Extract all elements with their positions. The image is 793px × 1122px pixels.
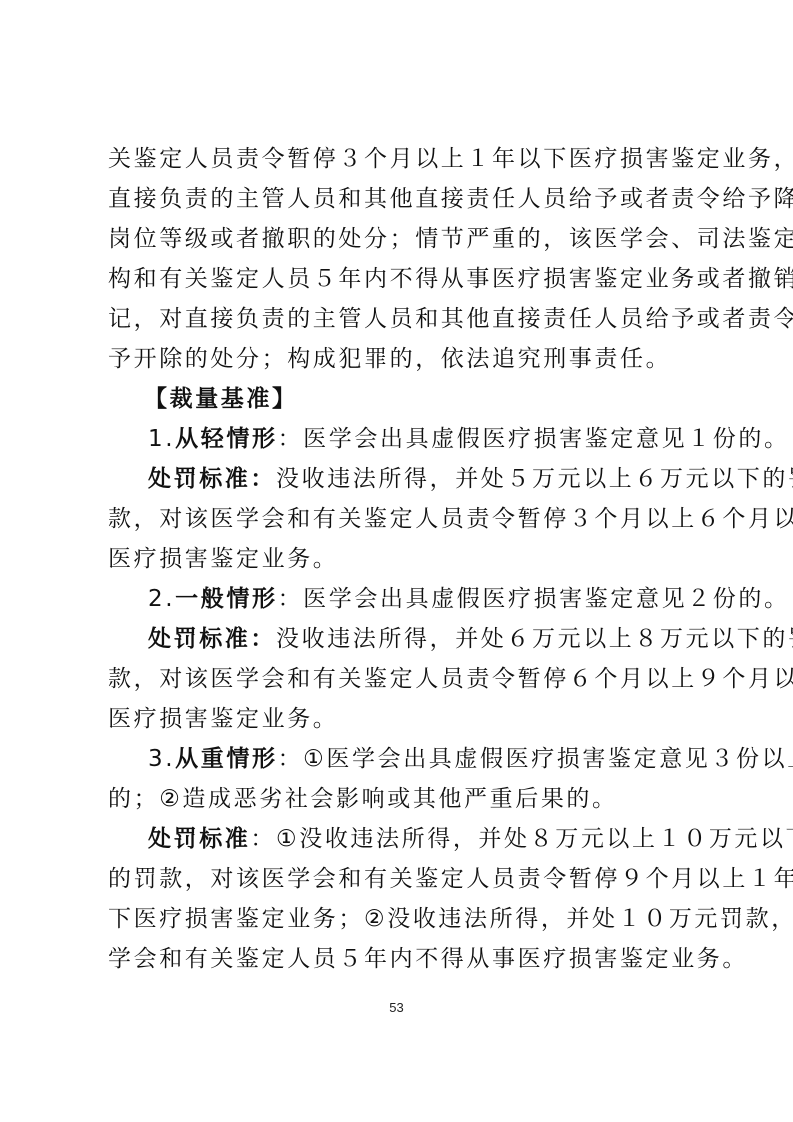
item-3-penalty: 处罚标准：①没收违法所得，并处８万元以上１０万元以下 — [148, 819, 738, 859]
item-2-penalty: 处罚标准：没收违法所得，并处６万元以上８万元以下的罚 — [148, 619, 738, 659]
body-line: 记，对直接负责的主管人员和其他直接责任人员给予或者责令给 — [108, 299, 698, 339]
body-line: 的；②造成恶劣社会影响或其他严重后果的。 — [108, 779, 698, 819]
item-desc: ①医学会出具虚假医疗损害鉴定意见３份以上 — [303, 746, 793, 772]
colon: ： — [278, 746, 304, 772]
body-line: 直接负责的主管人员和其他直接责任人员给予或者责令给予降低 — [108, 179, 698, 219]
body-line: 款，对该医学会和有关鉴定人员责令暂停６个月以上９个月以下 — [108, 659, 698, 699]
body-line: 岗位等级或者撤职的处分；情节严重的，该医学会、司法鉴定机 — [108, 219, 698, 259]
item-label: 从重情形 — [175, 746, 277, 772]
body-line: 医疗损害鉴定业务。 — [108, 699, 698, 739]
colon: ： — [278, 586, 304, 612]
item-number: 3. — [148, 746, 175, 772]
page-number: 53 — [0, 1000, 793, 1015]
item-2-condition: 2.一般情形：医学会出具虚假医疗损害鉴定意见２份的。 — [148, 579, 738, 619]
penalty-label: 处罚标准： — [148, 626, 276, 652]
item-1-condition: 1.从轻情形：医学会出具虚假医疗损害鉴定意见１份的。 — [148, 419, 738, 459]
item-1-penalty: 处罚标准：没收违法所得，并处５万元以上６万元以下的罚 — [148, 459, 738, 499]
colon: ： — [250, 826, 276, 852]
body-line: 的罚款，对该医学会和有关鉴定人员责令暂停９个月以上１年以 — [108, 859, 698, 899]
body-line: 关鉴定人员责令暂停３个月以上１年以下医疗损害鉴定业务，对 — [108, 139, 698, 179]
penalty-label: 处罚标准 — [148, 826, 250, 852]
section-heading: 【裁量基准】 — [144, 379, 734, 419]
body-line: 予开除的处分；构成犯罪的，依法追究刑事责任。 — [108, 339, 698, 379]
item-desc: 医学会出具虚假医疗损害鉴定意见２份的。 — [303, 586, 789, 612]
document-page: 关鉴定人员责令暂停３个月以上１年以下医疗损害鉴定业务，对 直接负责的主管人员和其… — [0, 0, 793, 1122]
item-desc: 医学会出具虚假医疗损害鉴定意见１份的。 — [303, 426, 789, 452]
item-label: 一般情形 — [175, 586, 277, 612]
item-number: 1. — [148, 426, 175, 452]
item-label: 从轻情形 — [175, 426, 277, 452]
body-line: 构和有关鉴定人员５年内不得从事医疗损害鉴定业务或者撤销登 — [108, 259, 698, 299]
item-3-condition: 3.从重情形：①医学会出具虚假医疗损害鉴定意见３份以上 — [148, 739, 738, 779]
penalty-label: 处罚标准： — [148, 466, 276, 492]
item-number: 2. — [148, 586, 175, 612]
body-line: 医疗损害鉴定业务。 — [108, 539, 698, 579]
body-line: 款，对该医学会和有关鉴定人员责令暂停３个月以上６个月以下 — [108, 499, 698, 539]
body-line: 学会和有关鉴定人员５年内不得从事医疗损害鉴定业务。 — [108, 939, 698, 979]
penalty-text: 没收违法所得，并处５万元以上６万元以下的罚 — [276, 466, 793, 492]
colon: ： — [278, 426, 304, 452]
penalty-text: 没收违法所得，并处６万元以上８万元以下的罚 — [276, 626, 793, 652]
penalty-text: ①没收违法所得，并处８万元以上１０万元以下 — [276, 826, 793, 852]
body-line: 下医疗损害鉴定业务；②没收违法所得，并处１０万元罚款，该医 — [108, 899, 698, 939]
